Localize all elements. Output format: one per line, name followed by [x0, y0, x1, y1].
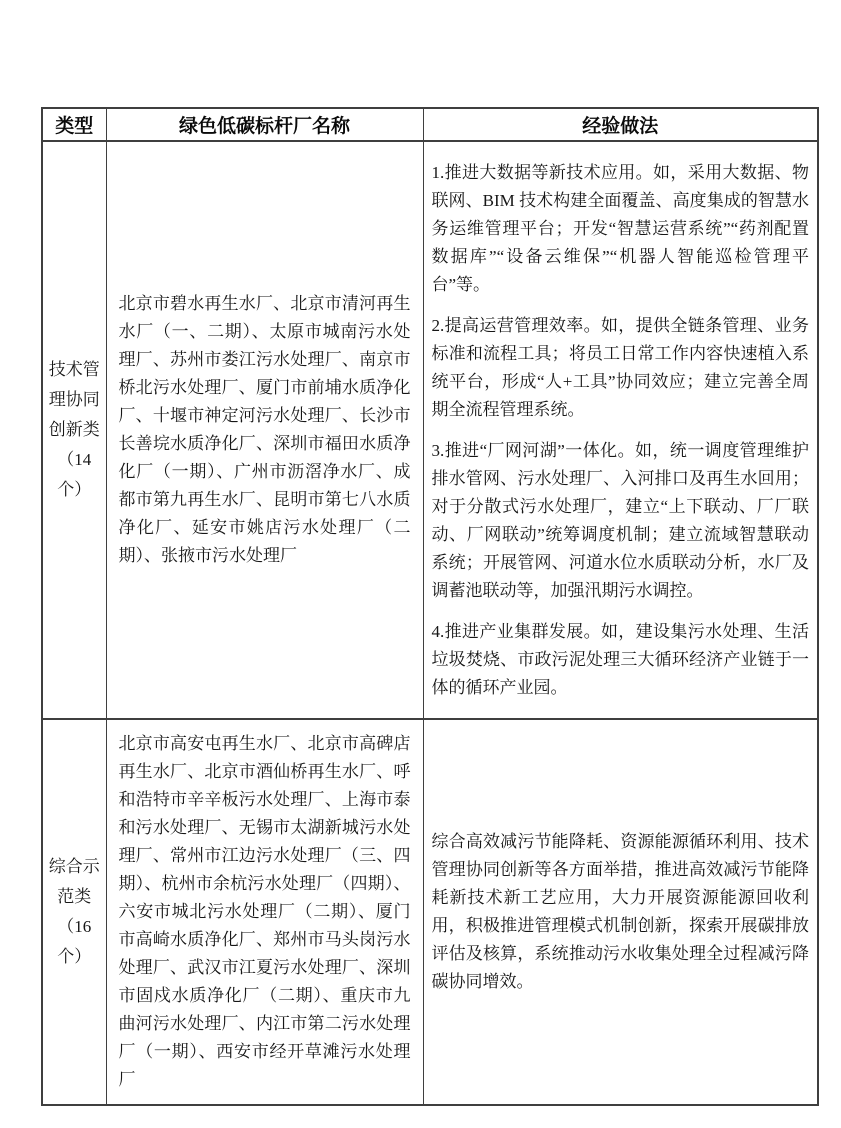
type-cell: 综合示范类（16个） [42, 719, 106, 1105]
table-row-comprehensive-demonstration: 综合示范类（16个） 北京市高安屯再生水厂、北京市高碑店再生水厂、北京市酒仙桥再… [42, 719, 818, 1105]
benchmark-plants-table: 类型 绿色低碳标杆厂名称 经验做法 技术管理协同创新类（14个） 北京市碧水再生… [41, 107, 819, 1106]
column-header-plant-names: 绿色低碳标杆厂名称 [106, 108, 423, 141]
document-page: 类型 绿色低碳标杆厂名称 经验做法 技术管理协同创新类（14个） 北京市碧水再生… [0, 0, 841, 1128]
practices-cell: 综合高效减污节能降耗、资源能源循环利用、技术管理协同创新等各方面举措，推进高效减… [423, 719, 818, 1105]
table-header-row: 类型 绿色低碳标杆厂名称 经验做法 [42, 108, 818, 141]
practice-item: 综合高效减污节能降耗、资源能源循环利用、技术管理协同创新等各方面举措，推进高效减… [432, 828, 810, 996]
practice-item: 2.提高运营管理效率。如，提供全链条管理、业务标准和流程工具；将员工日常工作内容… [432, 312, 810, 424]
column-header-practices: 经验做法 [423, 108, 818, 141]
practice-item: 4.推进产业集群发展。如，建设集污水处理、生活垃圾焚烧、市政污泥处理三大循环经济… [432, 618, 810, 702]
type-cell: 技术管理协同创新类（14个） [42, 141, 106, 719]
column-header-type: 类型 [42, 108, 106, 141]
practices-cell: 1.推进大数据等新技术应用。如，采用大数据、物联网、BIM 技术构建全面覆盖、高… [423, 141, 818, 719]
plant-names-cell: 北京市碧水再生水厂、北京市清河再生水厂（一、二期）、太原市城南污水处理厂、苏州市… [106, 141, 423, 719]
table-row-tech-management-innovation: 技术管理协同创新类（14个） 北京市碧水再生水厂、北京市清河再生水厂（一、二期）… [42, 141, 818, 719]
practice-item: 3.推进“厂网河湖”一体化。如，统一调度管理维护排水管网、污水处理厂、入河排口及… [432, 437, 810, 605]
practice-item: 1.推进大数据等新技术应用。如，采用大数据、物联网、BIM 技术构建全面覆盖、高… [432, 159, 810, 299]
plant-names-cell: 北京市高安屯再生水厂、北京市高碑店再生水厂、北京市酒仙桥再生水厂、呼和浩特市辛辛… [106, 719, 423, 1105]
